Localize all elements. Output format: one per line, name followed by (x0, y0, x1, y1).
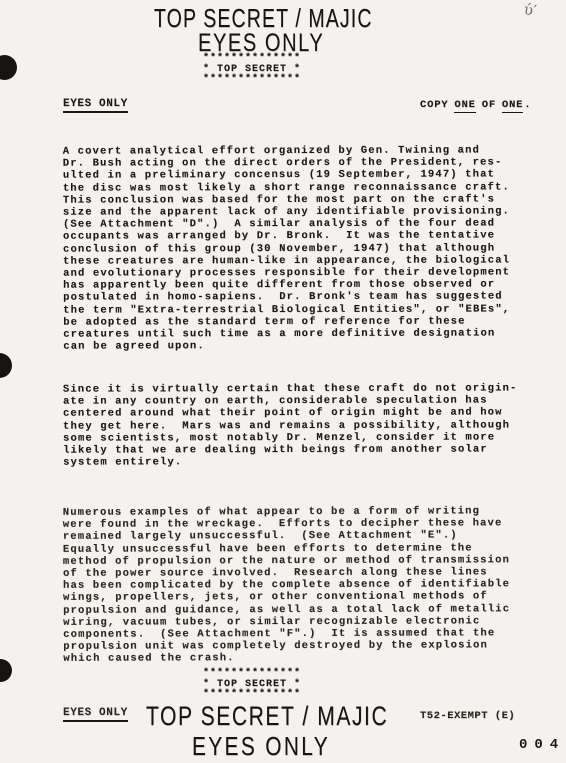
top-secret-stamp-header: ************** * TOP SECRET * **********… (192, 54, 312, 86)
eyes-only-marking-bottom-left: EYES ONLY (63, 707, 128, 722)
footer-eyes-only-title: EYES ONLY (192, 731, 330, 762)
copy-line-period: . (524, 99, 531, 111)
body-paragraph-origin: Since it is virtually certain that these… (63, 382, 518, 469)
body-paragraph-analysis: A covert analytical effort organized by … (63, 144, 511, 353)
copy-word: COPY (420, 99, 448, 111)
hole-punch-top (0, 55, 17, 80)
copy-count-line: COPYONEOFONE. (420, 99, 531, 111)
document-page: ύ′ TOP SECRET / MAJIC EYES ONLY ********… (0, 0, 566, 763)
footer-classification-title: TOP SECRET / MAJIC (146, 701, 388, 732)
hole-punch-middle (0, 353, 12, 378)
stamp-border-bottom: ************** (192, 75, 312, 86)
page-number: 004 (519, 737, 565, 753)
exemption-code: T52-EXEMPT (E) (420, 710, 515, 722)
copy-one-second: ONE (502, 99, 523, 113)
stamp-border-bottom: ************** (192, 690, 312, 701)
eyes-only-marking-top-left: EYES ONLY (63, 98, 128, 113)
handwritten-corner-mark: ύ′ (523, 0, 538, 20)
body-paragraph-writing-propulsion: Numerous examples of what appear to be a… (63, 505, 511, 665)
hole-punch-bottom (0, 659, 12, 682)
top-secret-stamp-footer: ************** * TOP SECRET * **********… (192, 669, 312, 701)
copy-one-first: ONE (454, 99, 475, 113)
copy-of-word: OF (482, 99, 496, 111)
stamp-border-top: ************** (192, 669, 312, 680)
stamp-border-top: ************** (192, 54, 312, 65)
